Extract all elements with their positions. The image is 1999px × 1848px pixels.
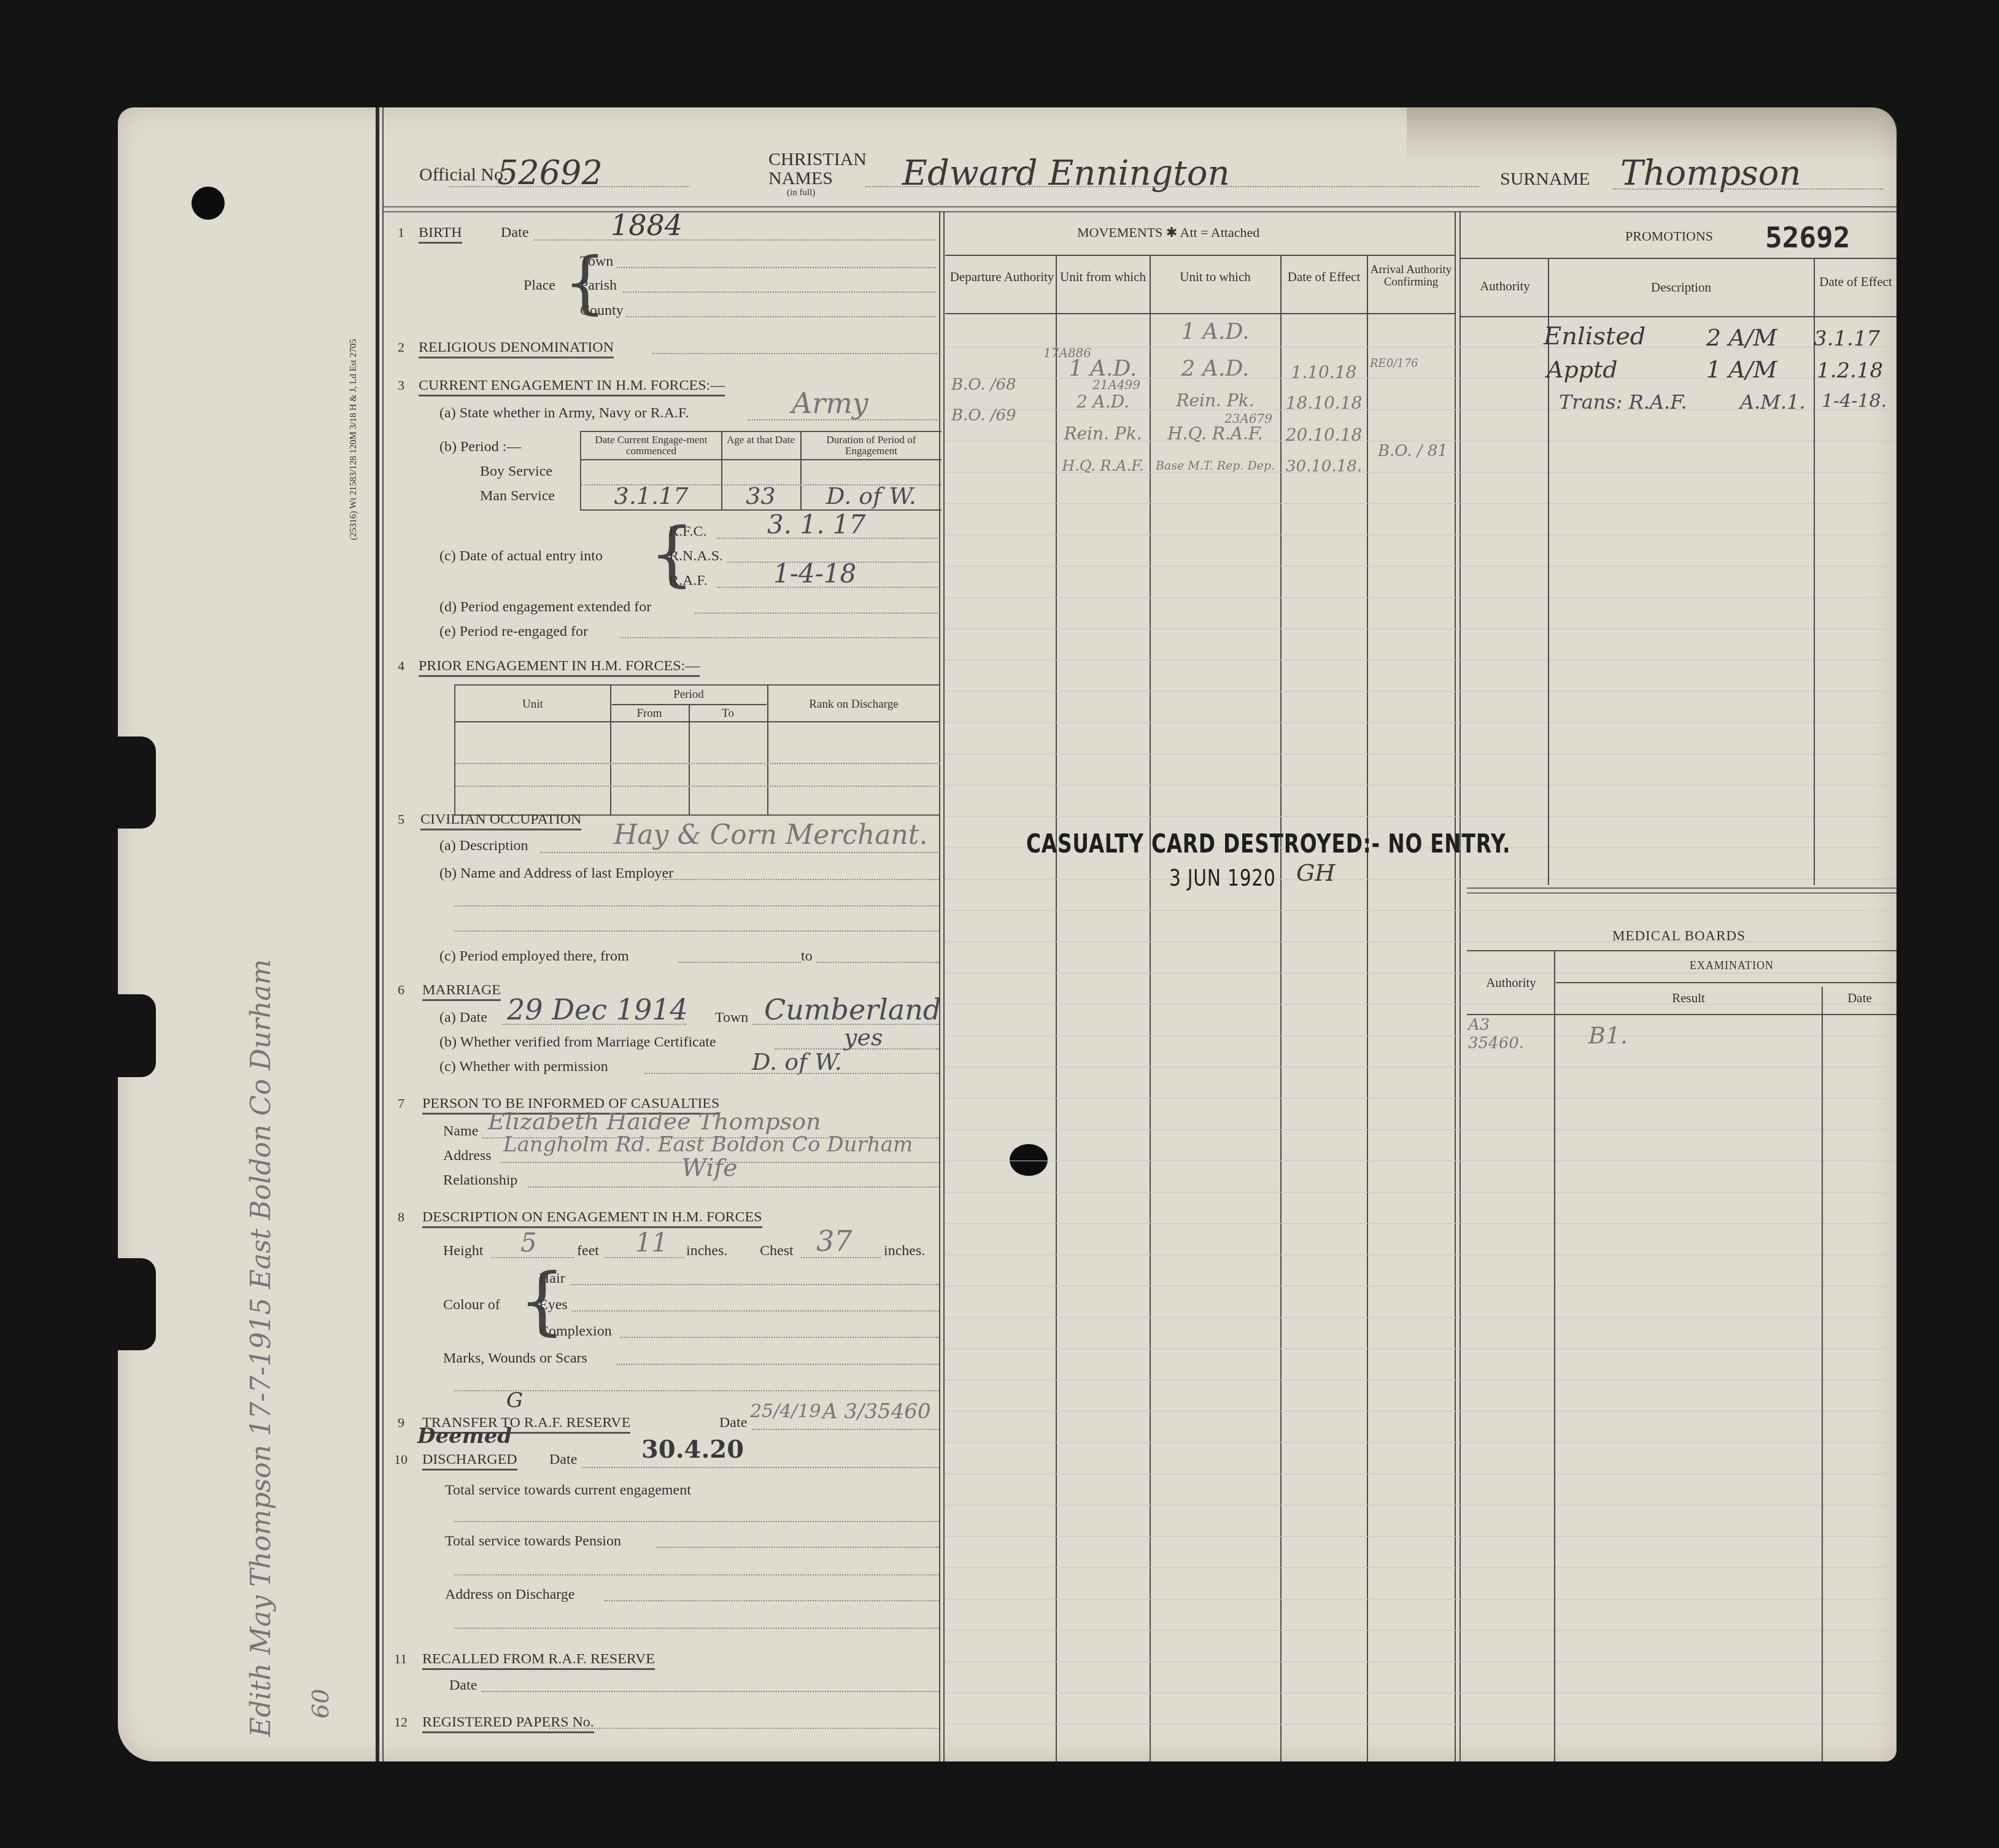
discharge-address-label: Address on Discharge: [445, 1587, 575, 1603]
printer-imprint: (25316) Wt 21583/128 120M 3/18 H & J, Ld…: [349, 339, 359, 540]
movements-header-date-of-effect: Date of Effect: [1282, 270, 1366, 284]
movement-3-date: 18.10.18: [1282, 393, 1366, 413]
period-from-line: [678, 962, 801, 963]
ruled-line: [945, 1505, 1897, 1506]
movements-title-line: [945, 255, 1455, 256]
man-service-label: Man Service: [480, 488, 555, 505]
ruled-line: [945, 1693, 1897, 1693]
movement-4-unit-to: H.Q. R.A.F.: [1151, 423, 1280, 444]
casualty-contact-address-value: Langholm Rd. East Boldon Co Durham: [503, 1132, 913, 1157]
section-2-number: 2: [398, 339, 404, 355]
marks-wounds-scars-label: Marks, Wounds or Scars: [443, 1350, 587, 1367]
medical-header-authority: Authority: [1468, 976, 1554, 989]
punch-hole-top: [191, 187, 225, 220]
discharge-date-line: [582, 1467, 939, 1468]
marriage-permission-value: D. of W.: [752, 1048, 842, 1075]
section-6-number: 6: [398, 982, 404, 998]
marriage-certificate-label: (b) Whether verified from Marriage Certi…: [439, 1034, 716, 1051]
ruled-line: [945, 1161, 1897, 1161]
official-no-line: [449, 186, 689, 187]
occupation-description-value: Hay & Corn Merchant.: [614, 819, 927, 851]
colour-of-label: Colour of: [443, 1297, 500, 1313]
ruled-line: [945, 1599, 1897, 1599]
boy-service-label: Boy Service: [480, 463, 552, 480]
section-9-number: 9: [398, 1415, 404, 1431]
last-employer-line-2: [454, 905, 939, 907]
period-header-date-commenced: Date Current Engage-ment commenced: [581, 435, 721, 457]
movements-header-unit-to: Unit to which: [1151, 270, 1280, 284]
casualty-contact-name-value: Elizabeth Haidee Thompson: [488, 1108, 821, 1135]
transfer-reserve-annotation: A 3/35460: [822, 1399, 931, 1424]
raf-date-value: 1-4-18: [773, 559, 856, 589]
movements-title: MOVEMENTS ✱ Att = Attached: [1077, 225, 1259, 241]
complexion-line: [620, 1337, 939, 1338]
transfer-reserve-date-line: [752, 1429, 939, 1430]
section-current-engagement-title: CURRENT ENGAGEMENT IN H.M. FORCES:—: [419, 377, 725, 396]
period-extended-label: (d) Period engagement extended for: [439, 599, 651, 616]
period-to-line: [816, 962, 939, 963]
total-service-current-line: [454, 1521, 939, 1522]
right-edge-shadow: [1897, 761, 1999, 1848]
height-label: Height: [443, 1243, 483, 1259]
medical-examination-label: EXAMINATION: [1690, 959, 1774, 972]
section-marriage-title: MARRIAGE: [422, 982, 501, 1001]
section-registered-papers-title: REGISTERED PAPERS No.: [422, 1714, 594, 1733]
prior-table-period-line: [612, 704, 767, 705]
marks-line-2: [454, 1390, 939, 1391]
chest-line: [801, 1257, 881, 1258]
last-employer-label: (b) Name and Address of last Employer: [439, 865, 673, 882]
movement-4-date: 20.10.18: [1282, 425, 1366, 445]
registered-papers-line: [549, 1728, 939, 1729]
christian-names-note: (in full): [787, 188, 815, 198]
prior-header-unit: Unit: [455, 698, 610, 711]
medical-header-line: [1467, 1014, 1897, 1015]
movements-header-line: [945, 313, 1455, 314]
medical-boards-col-2: [1822, 987, 1823, 1761]
chest-value: 37: [816, 1224, 853, 1258]
marks-line: [617, 1364, 939, 1365]
ruled-line: [945, 1223, 1897, 1224]
casualty-card-stamp: CASUALTY CARD DESTROYED:- NO ENTRY.: [1026, 829, 1510, 859]
movements-right-divider: [1455, 212, 1456, 1761]
hair-label: Hair: [539, 1270, 565, 1287]
margin-handwritten-note: Edith May Thompson 17-7-1915 East Boldon…: [246, 959, 277, 1737]
hair-line: [571, 1284, 939, 1285]
christian-names-value: Edward Ennington: [902, 153, 1230, 193]
prior-table-header-line: [455, 721, 940, 722]
ruled-line: [945, 1411, 1897, 1412]
raf-line: [717, 587, 938, 588]
ruled-line: [945, 785, 1897, 786]
section-4-number: 4: [398, 658, 404, 674]
ruled-line: [945, 722, 1897, 723]
ruled-line: [945, 1568, 1897, 1568]
ruled-line: [945, 1661, 1897, 1662]
marriage-town-label: Town: [715, 1010, 748, 1026]
christian-names-label-1: CHRISTIAN: [768, 149, 867, 170]
christian-names-label-2: NAMES: [768, 168, 833, 189]
period-extended-line: [695, 613, 938, 614]
period-header-age: Age at that Date: [722, 435, 799, 446]
ruled-line: [945, 1098, 1897, 1099]
surname-value: Thompson: [1620, 153, 1801, 193]
ruled-line: [945, 566, 1897, 566]
promotion-1-date: 3.1.17: [1814, 327, 1880, 351]
movement-1-unit-to: 1 A.D.: [1151, 319, 1280, 344]
birth-parish-line: [623, 292, 936, 293]
recalled-date-line: [482, 1691, 939, 1692]
prior-table-row-line-1: [455, 763, 940, 764]
section-3-number: 3: [398, 377, 404, 393]
ruled-line: [945, 660, 1897, 660]
birth-place-label: Place: [524, 277, 555, 294]
casualty-contact-relationship-label: Relationship: [443, 1172, 517, 1189]
discharge-deemed-annotation: Deemed: [417, 1424, 512, 1448]
last-employer-line-3: [454, 930, 939, 932]
movements-col-1: [1056, 255, 1057, 1761]
surname-line: [1613, 188, 1883, 190]
period-header-duration: Duration of Period of Engagement: [802, 435, 940, 457]
medical-boards-divider: [1467, 887, 1897, 894]
casualty-stamp-date: 3 JUN 1920: [1169, 864, 1276, 891]
birth-parish-label: Parish: [580, 277, 617, 294]
marriage-permission-label: (c) Whether with permission: [439, 1059, 608, 1075]
marriage-certificate-value: yes: [844, 1024, 883, 1051]
period-table-header-line: [581, 459, 942, 460]
casualty-stamp-initials: GH: [1296, 859, 1336, 886]
ruled-line: [945, 1129, 1897, 1130]
discharge-date-value: 30.4.20: [641, 1435, 744, 1464]
height-inches-value: 11: [635, 1227, 668, 1258]
movement-3-unit-to: Rein. Pk.: [1151, 390, 1280, 411]
rfc-line: [717, 538, 938, 539]
medical-boards-col-1: [1554, 951, 1555, 1761]
movement-5-unit-from: H.Q. R.A.F.: [1057, 457, 1149, 474]
ruled-line: [945, 597, 1897, 598]
ruled-line: [945, 941, 1897, 942]
ruled-line: [945, 691, 1897, 692]
ruled-line: [945, 1286, 1897, 1286]
movement-3-departure: B.O. /68: [951, 376, 1016, 394]
medical-boards-title-line: [1467, 950, 1897, 951]
discharge-address-line: [605, 1600, 939, 1601]
section-religious-title: RELIGIOUS DENOMINATION: [419, 339, 614, 358]
movements-header-unit-from: Unit from which: [1057, 270, 1149, 284]
ruled-line: [945, 1380, 1897, 1380]
birth-county-line: [626, 316, 936, 317]
promotion-1-description: Enlisted: [1544, 322, 1645, 350]
medical-header-date: Date: [1823, 991, 1897, 1005]
section-11-number: 11: [394, 1651, 407, 1667]
official-no-label: Official No.: [419, 164, 508, 185]
promotion-3-date: 1-4-18.: [1822, 390, 1887, 412]
promotion-3-rank: A.M.1.: [1740, 390, 1806, 414]
binder-notch-1: [113, 736, 156, 829]
ruled-line: [945, 1317, 1897, 1318]
punch-hole-middle: [1010, 1144, 1048, 1176]
ruled-line: [945, 879, 1897, 880]
prior-table-row-line-2: [455, 786, 940, 787]
section-description-title: DESCRIPTION ON ENGAGEMENT IN H.M. FORCES: [422, 1209, 762, 1228]
prior-engagement-table: Unit Period From To Rank on Discharge: [454, 684, 940, 816]
christian-names-line: [865, 186, 1479, 187]
ruled-line: [945, 1035, 1897, 1036]
birth-county-label: County: [580, 303, 624, 319]
man-service-date: 3.1.17: [581, 482, 721, 509]
promotion-2-description: Apptd: [1547, 356, 1618, 383]
transfer-reserve-mark: G: [506, 1388, 523, 1413]
promotions-title: PROMOTIONS: [1625, 228, 1713, 244]
rfc-label: R.F.C.: [669, 524, 706, 540]
ruled-line: [945, 1255, 1897, 1255]
movements-right-divider-2: [1460, 212, 1461, 1761]
section-prior-engagement-title: PRIOR ENGAGEMENT IN H.M. FORCES:—: [419, 658, 700, 677]
birth-date-value: 1884: [611, 209, 682, 242]
ruled-line: [945, 1474, 1897, 1474]
section-1-number: 1: [398, 225, 404, 241]
chest-inches-label: inches.: [884, 1243, 925, 1259]
chest-label: Chest: [760, 1243, 794, 1259]
ruled-line: [945, 1192, 1897, 1193]
total-service-current-label: Total service towards current engagement: [445, 1482, 691, 1499]
promotions-header-description: Description: [1549, 280, 1813, 294]
ruled-line: [945, 1536, 1897, 1537]
marriage-town-value: Cumberland: [764, 993, 941, 1026]
movement-3-unit-from: 2 A.D.: [1057, 392, 1149, 412]
section-10-number: 10: [394, 1452, 408, 1467]
birth-date-line: [534, 239, 936, 241]
actual-entry-label: (c) Date of actual entry into: [439, 548, 603, 565]
man-service-age: 33: [722, 482, 799, 509]
movements-header-departure-authority: Departure Authority: [948, 270, 1056, 284]
casualty-contact-relationship-line: [528, 1186, 939, 1188]
occupation-description-label: (a) Description: [439, 838, 528, 854]
section-discharge-title: DISCHARGED: [422, 1452, 517, 1471]
movements-col-3: [1280, 255, 1282, 1761]
movement-2-arrival: RE0/176: [1370, 357, 1418, 370]
medical-examination-line: [1556, 982, 1897, 983]
promotion-2-date: 1.2.18: [1817, 358, 1883, 383]
ruled-line: [945, 628, 1897, 629]
prior-header-period: Period: [610, 688, 767, 702]
period-reengaged-line: [620, 637, 938, 638]
casualty-contact-relationship-value: Wife: [681, 1154, 738, 1182]
section-recalled-title: RECALLED FROM R.A.F. RESERVE: [422, 1651, 655, 1670]
ruled-line: [945, 973, 1897, 973]
section-5-number: 5: [398, 811, 404, 827]
movement-4-unit-from: Rein. Pk.: [1057, 423, 1149, 444]
period-table-divider-2: [800, 432, 802, 509]
prior-header-from: From: [610, 707, 689, 721]
left-column-divider-2: [943, 212, 945, 1761]
eyes-label: Eyes: [539, 1297, 568, 1313]
medical-boards-title: MEDICAL BOARDS: [1612, 928, 1746, 944]
margin-corner-note: 60: [307, 1689, 334, 1718]
promotion-2-rank: 1 A/M: [1706, 356, 1777, 383]
movement-4-departure: B.O. /69: [951, 406, 1016, 425]
marriage-permission-line: [644, 1073, 939, 1074]
section-8-number: 8: [398, 1209, 404, 1225]
man-service-duration: D. of W.: [802, 482, 940, 509]
birth-town-label: Town: [580, 253, 613, 270]
prior-header-rank: Rank on Discharge: [767, 698, 940, 711]
casualty-contact-name-label: Name: [443, 1123, 478, 1140]
movements-col-4: [1367, 255, 1368, 1761]
transfer-reserve-date-label: Date: [719, 1415, 747, 1431]
raf-label: R.A.F.: [669, 573, 708, 589]
discharge-address-line-2: [454, 1628, 939, 1629]
ruled-line: [945, 910, 1897, 911]
ruled-line: [945, 1067, 1897, 1067]
rnas-label: R.N.A.S.: [669, 548, 723, 565]
ruled-line: [945, 754, 1897, 754]
ruled-line: [945, 535, 1897, 535]
period-reengaged-label: (e) Period re-engaged for: [439, 624, 588, 640]
movement-5-unit-to: Base M.T. Rep. Dep.: [1151, 459, 1280, 473]
medical-header-result: Result: [1556, 991, 1821, 1005]
ruled-line: [945, 503, 1897, 504]
movement-5-arrival: B.O. / 81: [1378, 442, 1448, 460]
binder-notch-3: [113, 1258, 156, 1350]
promotions-stamped-number: 52692: [1765, 221, 1850, 254]
margin-divider-thin: [382, 107, 384, 1761]
ruled-line: [945, 1630, 1897, 1631]
total-service-pension-line: [657, 1547, 939, 1548]
promotion-1-rank: 2 A/M: [1706, 324, 1777, 351]
promotions-header-authority: Authority: [1462, 279, 1548, 293]
section-civilian-occupation-title: CIVILIAN OCCUPATION: [420, 811, 581, 830]
period-to-label: to: [801, 948, 813, 965]
eyes-line: [572, 1310, 939, 1312]
marriage-date-line: [502, 1024, 686, 1025]
religious-line: [652, 353, 937, 354]
movements-header-arrival-authority: Arrival Authority Confirming: [1368, 264, 1454, 288]
promotions-col-2: [1814, 259, 1815, 885]
complexion-label: Complexion: [539, 1323, 612, 1340]
period-label: (b) Period :—: [439, 439, 521, 455]
section-birth-title: BIRTH: [419, 225, 462, 244]
binder-notch-2: [113, 994, 156, 1077]
feet-label: feet: [577, 1243, 599, 1259]
medical-1-authority: A3 35460.: [1468, 1016, 1542, 1053]
promotions-header-date-of-effect: Date of Effect: [1815, 275, 1897, 288]
total-service-pension-line-2: [454, 1574, 939, 1575]
ruled-line: [945, 816, 1897, 817]
medical-1-result: B1.: [1588, 1022, 1628, 1049]
prior-header-to: To: [689, 707, 767, 721]
inches-label: inches.: [686, 1243, 727, 1259]
height-inches-line: [605, 1257, 684, 1258]
promotion-3-description: Trans: R.A.F.: [1559, 390, 1687, 414]
service-branch-line: [748, 419, 937, 420]
casualty-contact-address-label: Address: [443, 1148, 492, 1164]
prior-table-divider-1: [610, 686, 611, 814]
transfer-reserve-date-value: 25/4/19: [750, 1401, 821, 1422]
height-feet-value: 5: [520, 1227, 537, 1258]
margin-divider: [376, 107, 379, 1761]
birth-town-line: [617, 267, 936, 268]
promotions-col-1: [1548, 259, 1549, 885]
marriage-date-value: 29 Dec 1914: [507, 993, 688, 1026]
ruled-line: [945, 1348, 1897, 1349]
last-employer-line: [663, 879, 939, 880]
surname-label: SURNAME: [1500, 169, 1590, 190]
promotions-header-line: [1461, 316, 1897, 317]
period-employed-label: (c) Period employed there, from: [439, 948, 629, 965]
birth-date-label: Date: [501, 225, 528, 241]
prior-table-divider-2: [689, 704, 690, 814]
occupation-description-line: [540, 852, 938, 853]
rfc-date-value: 3. 1. 17: [767, 509, 865, 539]
movement-2-date: 1.10.18: [1282, 362, 1366, 382]
ruled-line: [945, 1724, 1897, 1725]
service-branch-label: (a) State whether in Army, Navy or R.A.F…: [439, 405, 689, 422]
movements-col-2: [1150, 255, 1151, 1761]
ruled-line: [945, 1442, 1897, 1443]
movement-5-date: 30.10.18.: [1282, 457, 1366, 476]
marriage-date-label: (a) Date: [439, 1010, 487, 1026]
movement-2-unit-to: 2 A.D.: [1151, 356, 1280, 381]
service-branch-value: Army: [792, 387, 868, 420]
movement-3-from-note: 21A499: [1092, 377, 1140, 392]
discharge-date-label: Date: [549, 1452, 577, 1468]
section-7-number: 7: [398, 1096, 404, 1112]
promotions-title-line: [1461, 258, 1897, 259]
total-service-pension-label: Total service towards Pension: [445, 1533, 621, 1550]
period-table: Date Current Engage-ment commenced Age a…: [580, 431, 942, 511]
recalled-date-label: Date: [449, 1677, 477, 1694]
section-12-number: 12: [394, 1714, 408, 1730]
